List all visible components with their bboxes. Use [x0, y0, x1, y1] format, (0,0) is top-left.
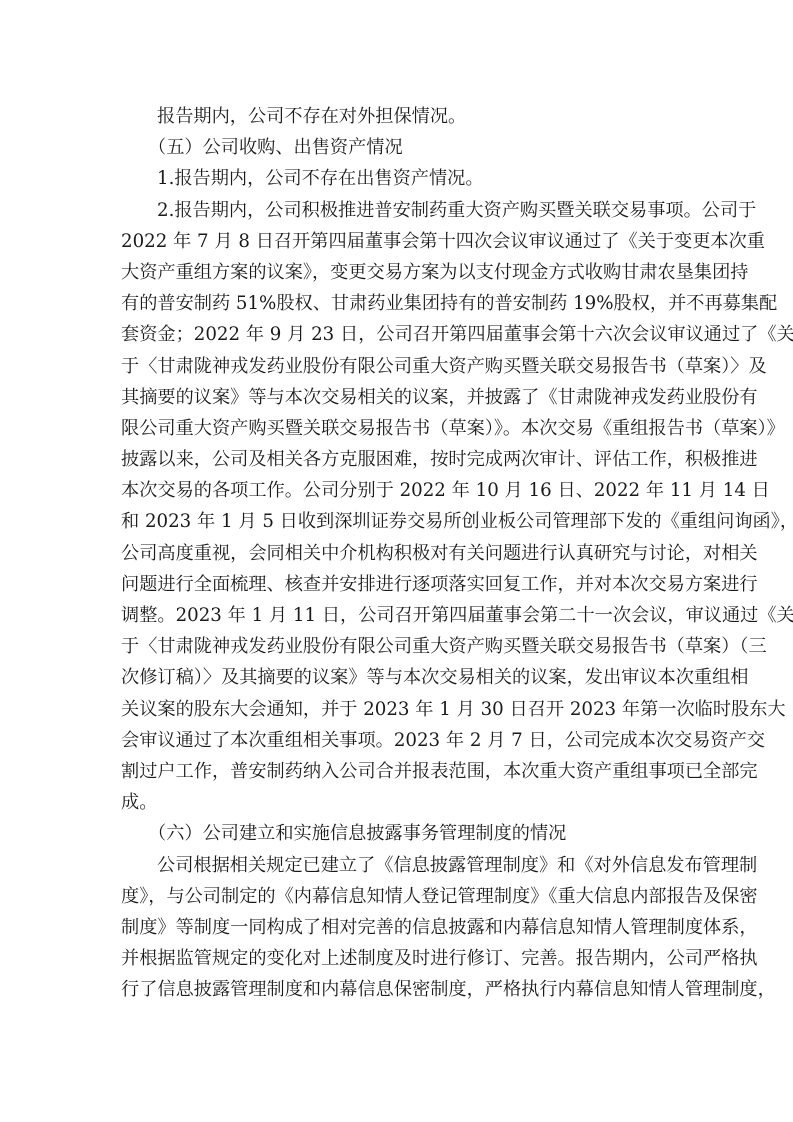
paragraph-line: 并根据监管规定的变化对上述制度及时进行修订、完善。报告期内，公司严格执: [121, 943, 673, 974]
paragraph-line: 问题进行全面梳理、核查并安排进行逐项落实回复工作，并对本次交易方案进行: [121, 569, 673, 600]
paragraph-line: 1.报告期内，公司不存在出售资产情况。: [121, 163, 673, 194]
paragraph-line: 公司根据相关规定已建立了《信息披露管理制度》和《对外信息发布管理制: [121, 850, 673, 881]
paragraph-line: 报告期内，公司不存在对外担保情况。: [121, 101, 673, 132]
section-heading: （六）公司建立和实施信息披露事务管理制度的情况: [121, 818, 673, 849]
paragraph-line: 有的普安制药 51%股权、甘肃药业集团持有的普安制药 19%股权，并不再募集配: [121, 288, 673, 319]
paragraph-line: 行了信息披露管理制度和内幕信息保密制度，严格执行内幕信息知情人管理制度，: [121, 974, 673, 1005]
paragraph-line: 关议案的股东大会通知，并于 2023 年 1 月 30 日召开 2023 年第一…: [121, 694, 673, 725]
paragraph-line: 成。: [121, 787, 673, 818]
paragraph-line: 制度》等制度一同构成了相对完善的信息披露和内幕信息知情人管理制度体系，: [121, 912, 673, 943]
paragraph-line: 次修订稿）〉及其摘要的议案》等与本次交易相关的议案，发出审议本次重组相: [121, 662, 673, 693]
section-heading: （五）公司收购、出售资产情况: [121, 132, 673, 163]
paragraph-line: 其摘要的议案》等与本次交易相关的议案，并披露了《甘肃陇神戎发药业股份有: [121, 382, 673, 413]
paragraph-line: 套资金；2022 年 9 月 23 日，公司召开第四届董事会第十六次会议审议通过…: [121, 319, 673, 350]
paragraph-line: 2022 年 7 月 8 日召开第四届董事会第十四次会议审议通过了《关于变更本次…: [121, 226, 673, 257]
paragraph-line: 2.报告期内，公司积极推进普安制药重大资产购买暨关联交易事项。公司于: [121, 195, 673, 226]
paragraph-line: 披露以来，公司及相关各方克服困难，按时完成两次审计、评估工作，积极推进: [121, 444, 673, 475]
paragraph-line: 本次交易的各项工作。公司分别于 2022 年 10 月 16 日、2022 年 …: [121, 475, 673, 506]
paragraph-line: 于〈甘肃陇神戎发药业股份有限公司重大资产购买暨关联交易报告书（草案）（三: [121, 631, 673, 662]
paragraph-line: 会审议通过了本次重组相关事项。2023 年 2 月 7 日，公司完成本次交易资产…: [121, 725, 673, 756]
paragraph-line: 割过户工作，普安制药纳入公司合并报表范围，本次重大资产重组事项已全部完: [121, 756, 673, 787]
paragraph-line: 于〈甘肃陇神戎发药业股份有限公司重大资产购买暨关联交易报告书（草案）〉及: [121, 351, 673, 382]
paragraph-line: 和 2023 年 1 月 5 日收到深圳证券交易所创业板公司管理部下发的《重组问…: [121, 506, 673, 537]
paragraph-line: 度》，与公司制定的《内幕信息知情人登记管理制度》《重大信息内部报告及保密: [121, 881, 673, 912]
paragraph-line: 调整。2023 年 1 月 11 日，公司召开第四届董事会第二十一次会议，审议通…: [121, 600, 673, 631]
document-page: 报告期内，公司不存在对外担保情况。 （五）公司收购、出售资产情况 1.报告期内，…: [121, 101, 673, 1005]
paragraph-line: 公司高度重视，会同相关中介机构积极对有关问题进行认真研究与讨论，对相关: [121, 538, 673, 569]
paragraph-line: 限公司重大资产购买暨关联交易报告书（草案）》。本次交易《重组报告书（草案）》: [121, 413, 673, 444]
paragraph-line: 大资产重组方案的议案》，变更交易方案为以支付现金方式收购甘肃农垦集团持: [121, 257, 673, 288]
